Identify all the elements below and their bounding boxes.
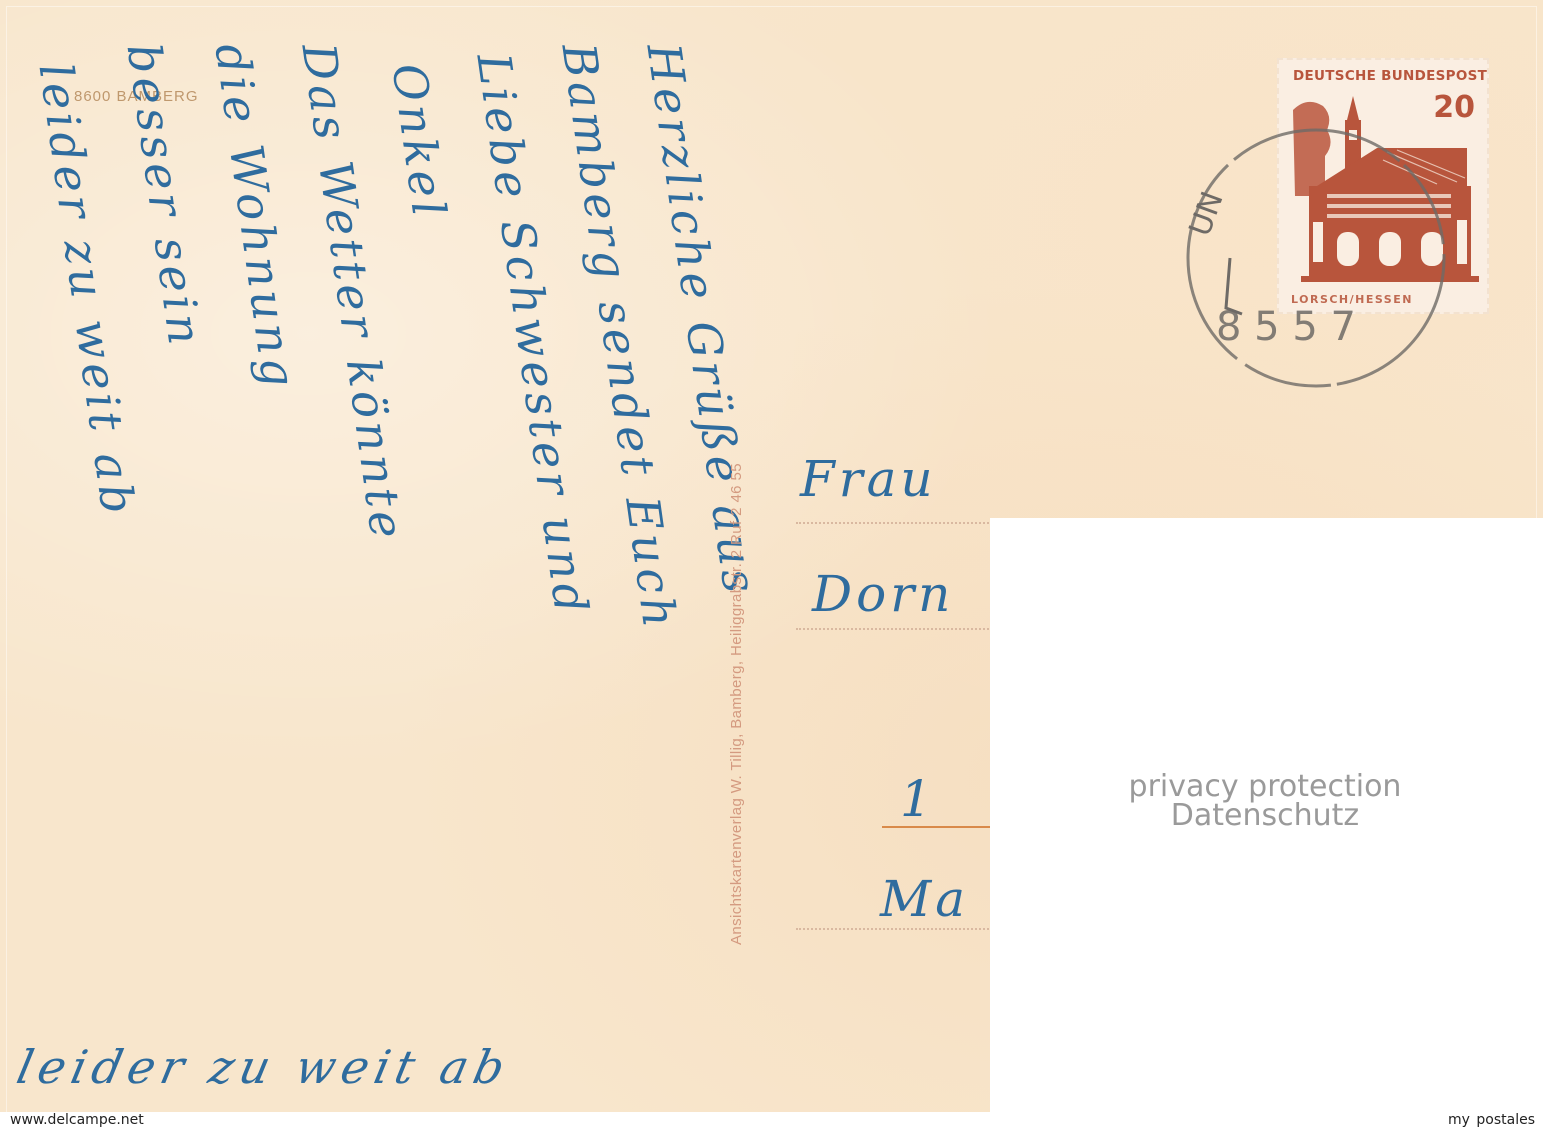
stamp-caption: LORSCH/HESSEN [1291, 293, 1413, 306]
address-line-2: Dorn [812, 565, 954, 623]
message-column-4: Onkel [382, 60, 457, 223]
address-underline [882, 826, 992, 828]
handwritten-message: Herzliche Grüße aus Bamberg sendet Euch … [0, 0, 720, 1112]
message-bottom-line: leider zu weit ab [12, 1040, 515, 1094]
watermark-delcampe: www.delcampe.net [10, 1112, 144, 1128]
stamp-issuer: DEUTSCHE BUNDESPOST [1293, 68, 1487, 84]
address-rule-1 [796, 522, 996, 524]
postage-stamp: DEUTSCHE BUNDESPOST 20 [1277, 58, 1489, 314]
privacy-line-de: Datenschutz [1100, 801, 1430, 830]
publisher-imprint: Ansichtskartenverlag W. Tillig, Bamberg,… [728, 463, 745, 945]
watermark-mypostales: my postales [1448, 1112, 1535, 1128]
address-line-1: Frau [800, 450, 937, 508]
privacy-notice: privacy protection Datenschutz [1100, 772, 1430, 830]
message-column-6: die Wohnung [205, 40, 307, 394]
address-line-4: Ma [880, 870, 969, 928]
message-column-7: besser sein [117, 40, 213, 351]
address-rule-2 [796, 628, 996, 630]
privacy-line-en: privacy protection [1100, 772, 1430, 801]
address-line-3: 1 [900, 770, 936, 828]
address-rule-4 [796, 928, 996, 930]
lorsch-gatehall-icon [1287, 90, 1483, 290]
